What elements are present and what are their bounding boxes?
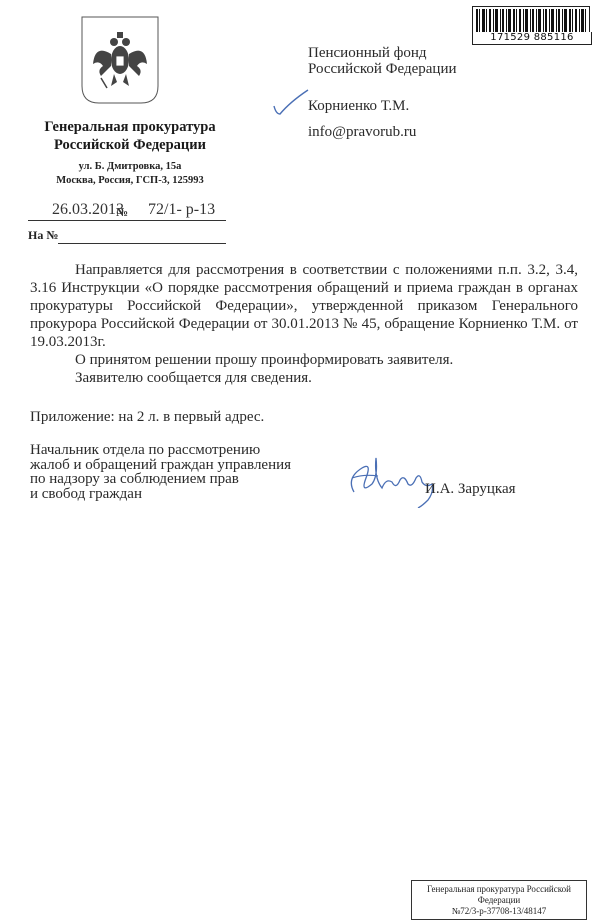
recipient-email: info@pravorub.ru — [308, 124, 416, 140]
recipient-org-line2: Российской Федерации — [308, 61, 457, 77]
letter-body: Направляется для рассмотрения в соответс… — [30, 261, 578, 387]
address-line1: ул. Б. Дмитровка, 15а — [20, 160, 240, 174]
barcode — [472, 6, 590, 34]
attachment-note: Приложение: на 2 л. в первый адрес. — [30, 409, 264, 426]
document-date: 26.03.2013 — [52, 200, 124, 220]
sender-address: ул. Б. Дмитровка, 15а Москва, Россия, ГС… — [20, 160, 240, 188]
signer-name: И.А. Заруцкая — [425, 481, 516, 498]
registration-number: 72/1- р-13 — [148, 200, 215, 220]
recipient-person: Корниенко Т.М. — [308, 98, 409, 114]
stamp-line3: №72/3-р-37708-13/48147 — [412, 906, 586, 917]
barcode-number: 171529 885116 — [472, 32, 592, 45]
org-name-line1: Генеральная прокуратура — [20, 118, 240, 136]
body-paragraph-3: Заявителю сообщается для сведения. — [30, 369, 578, 387]
org-name-line2: Российской Федерации — [20, 136, 240, 154]
body-paragraph-2: О принятом решении прошу проинформироват… — [30, 351, 578, 369]
address-line2: Москва, Россия, ГСП-3, 125993 — [20, 174, 240, 188]
sender-org-name: Генеральная прокуратура Российской Федер… — [20, 118, 240, 154]
number-sign: № — [116, 202, 128, 222]
registration-line: 26.03.2013 № 72/1- р-13 — [28, 200, 226, 221]
stamp-line2: Федерации — [412, 895, 586, 906]
handwritten-signature-icon — [342, 448, 442, 508]
recipient-org-line1: Пенсионный фонд — [308, 45, 457, 61]
position-line4: и свобод граждан — [30, 487, 291, 502]
stamp-line1: Генеральная прокуратура Российской — [412, 884, 586, 895]
recipient-org: Пенсионный фонд Российской Федерации — [308, 45, 457, 77]
position-line2: жалоб и обращений граждан управления — [30, 458, 291, 473]
coat-of-arms-emblem — [81, 16, 159, 104]
reply-to-field: На № — [28, 228, 226, 246]
checkmark-icon — [270, 88, 308, 116]
registration-stamp: Генеральная прокуратура Российской Федер… — [411, 880, 587, 920]
signer-position: Начальник отдела по рассмотрению жалоб и… — [30, 443, 291, 501]
reply-to-blank-line — [58, 243, 226, 244]
position-line3: по надзору за соблюдением прав — [30, 472, 291, 487]
position-line1: Начальник отдела по рассмотрению — [30, 443, 291, 458]
reply-to-label: На № — [28, 228, 58, 242]
body-paragraph-1: Направляется для рассмотрения в соответс… — [30, 261, 578, 351]
